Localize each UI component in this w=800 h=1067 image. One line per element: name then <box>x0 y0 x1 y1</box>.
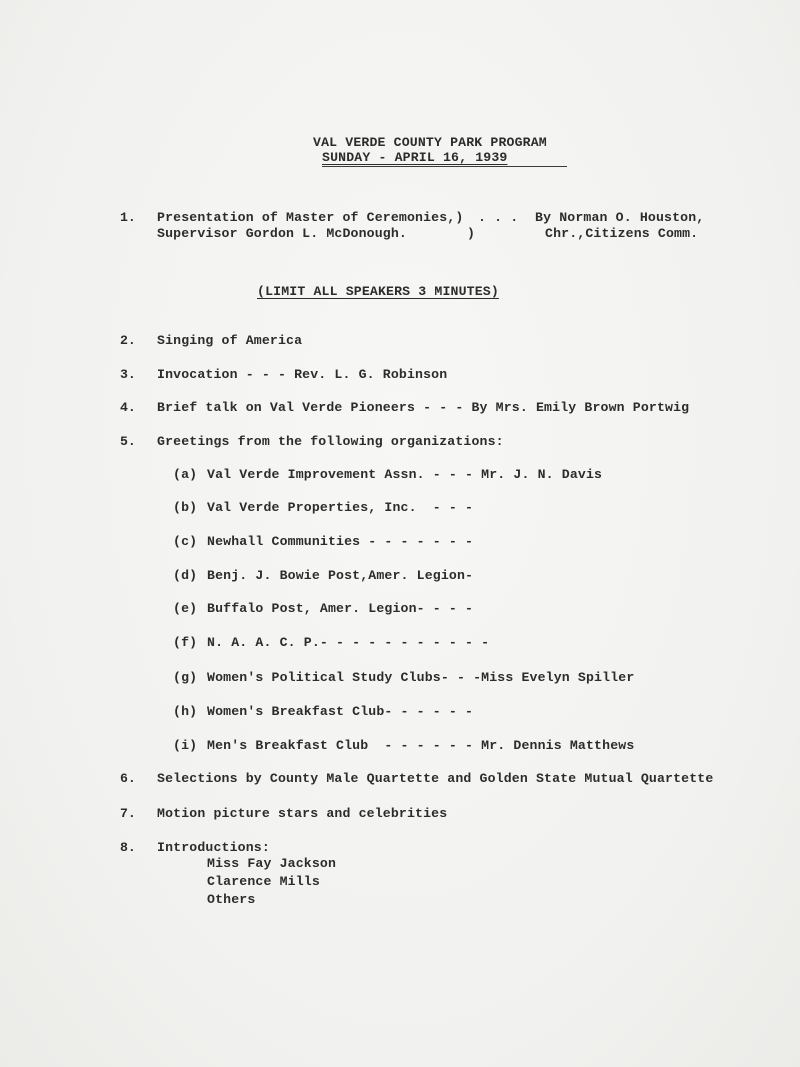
org-letter: (e) <box>173 601 197 617</box>
item-number: 1. <box>120 210 136 226</box>
item-number: 5. <box>120 434 136 450</box>
item-number: 3. <box>120 367 136 383</box>
item-number: 4. <box>120 400 136 416</box>
item1-line2-paren: ) <box>467 226 475 242</box>
program-date: SUNDAY - APRIL 16, 1939 <box>322 150 507 166</box>
introduction-name: Others <box>207 892 255 908</box>
introduction-name: Miss Fay Jackson <box>207 856 336 872</box>
item-number: 8. <box>120 840 136 856</box>
item1-line1-right: By Norman O. Houston, <box>535 210 704 226</box>
program-item: Introductions: <box>157 840 270 856</box>
org-letter: (a) <box>173 467 197 483</box>
org-letter: (d) <box>173 568 197 584</box>
org-letter: (h) <box>173 704 197 720</box>
speaker-limit-notice: (LIMIT ALL SPEAKERS 3 MINUTES) <box>257 284 499 300</box>
introduction-name: Clarence Mills <box>207 874 320 890</box>
program-item: Greetings from the following organizatio… <box>157 434 504 450</box>
program-item: Brief talk on Val Verde Pioneers - - - B… <box>157 400 689 416</box>
org-item: Benj. J. Bowie Post,Amer. Legion- <box>207 568 473 584</box>
org-item: Newhall Communities - - - - - - - <box>207 534 473 550</box>
item-number: 2. <box>120 333 136 349</box>
title-underline <box>322 166 567 167</box>
org-item: Women's Political Study Clubs- - -Miss E… <box>207 670 634 686</box>
program-item: Motion picture stars and celebrities <box>157 806 447 822</box>
document-page: VAL VERDE COUNTY PARK PROGRAM SUNDAY - A… <box>0 0 800 1067</box>
org-item: Women's Breakfast Club- - - - - - <box>207 704 473 720</box>
org-letter: (c) <box>173 534 197 550</box>
org-letter: (g) <box>173 670 197 686</box>
org-item: Men's Breakfast Club - - - - - - Mr. Den… <box>207 738 634 754</box>
org-item: Val Verde Improvement Assn. - - - Mr. J.… <box>207 467 602 483</box>
item1-line2-left: Supervisor Gordon L. McDonough. <box>157 226 407 242</box>
org-letter: (f) <box>173 635 197 651</box>
item1-dots: . . . <box>478 210 518 226</box>
program-item: Selections by County Male Quartette and … <box>157 771 713 787</box>
item-number: 7. <box>120 806 136 822</box>
program-item: Singing of America <box>157 333 302 349</box>
item-number: 6. <box>120 771 136 787</box>
program-item: Invocation - - - Rev. L. G. Robinson <box>157 367 447 383</box>
org-item: Buffalo Post, Amer. Legion- - - - <box>207 601 473 617</box>
program-title: VAL VERDE COUNTY PARK PROGRAM <box>313 135 547 151</box>
org-item: N. A. A. C. P.- - - - - - - - - - - <box>207 635 489 651</box>
org-letter: (b) <box>173 500 197 516</box>
item1-line2-right: Chr.,Citizens Comm. <box>545 226 698 242</box>
org-letter: (i) <box>173 738 197 754</box>
item1-line1-left: Presentation of Master of Ceremonies,) <box>157 210 463 226</box>
org-item: Val Verde Properties, Inc. - - - <box>207 500 473 516</box>
